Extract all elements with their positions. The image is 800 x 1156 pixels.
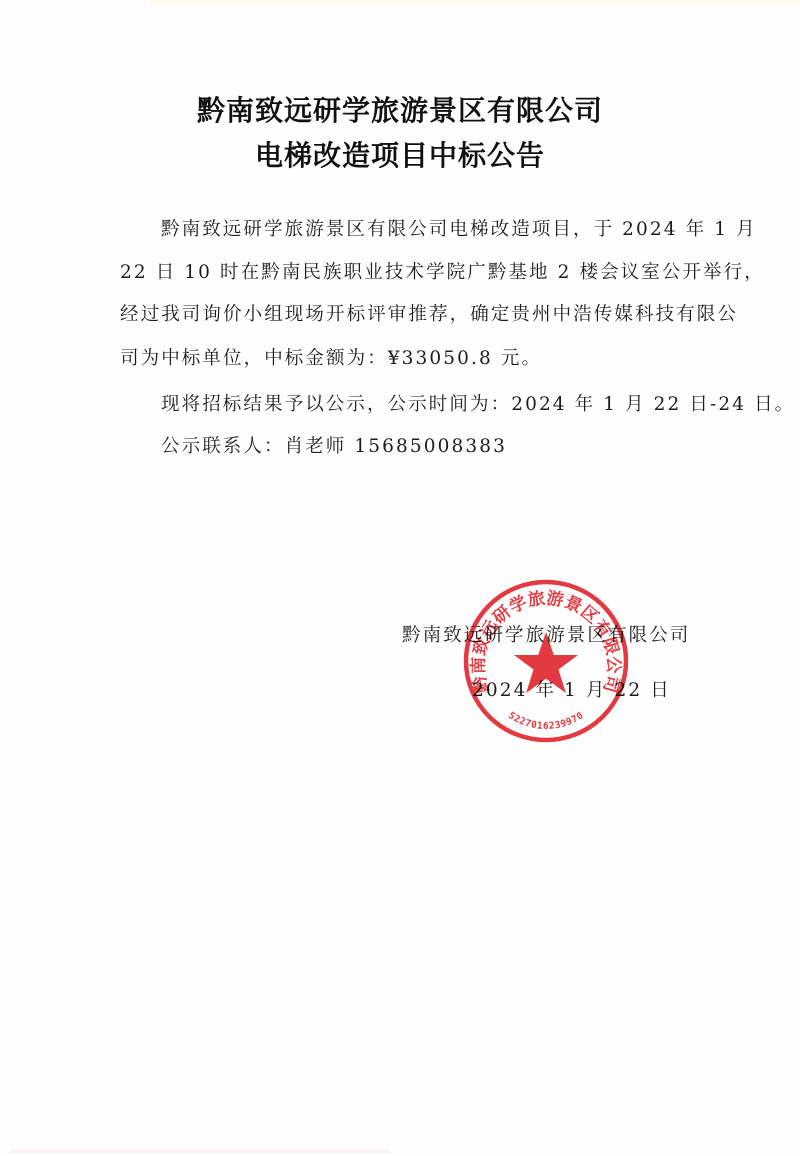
scan-edge-bottom — [10, 1150, 390, 1153]
body-paragraph-2: 现将招标结果予以公示，公示时间为：2024 年 1 月 22 日-24 日。 — [161, 390, 795, 416]
body-paragraph-1-line-3: 经过我司询价小组现场开标评审推荐，确定贵州中浩传媒科技有限公 — [120, 300, 738, 326]
star-icon — [514, 632, 578, 693]
document-title-company: 黔南致远研学旅游景区有限公司 — [0, 89, 800, 129]
document-title-subject: 电梯改造项目中标公告 — [0, 134, 800, 174]
seal-serial-number: 5227016239970 — [506, 710, 586, 732]
body-paragraph-1-line-2: 22 日 10 时在黔南民族职业技术学院广黔基地 2 楼会议室公开举行， — [120, 258, 765, 284]
contact-line: 公示联系人：肖老师 15685008383 — [161, 432, 507, 458]
body-paragraph-1-line-1: 黔南致远研学旅游景区有限公司电梯改造项目，于 2024 年 1 月 — [161, 215, 757, 241]
body-paragraph-1-line-4: 司为中标单位，中标金额为：¥33050.8 元。 — [120, 344, 542, 370]
company-seal: 黔南致远研学旅游景区有限公司 5227016239970 — [462, 578, 630, 744]
svg-text:5227016239970: 5227016239970 — [506, 710, 586, 732]
scan-edge-top — [150, 0, 800, 10]
